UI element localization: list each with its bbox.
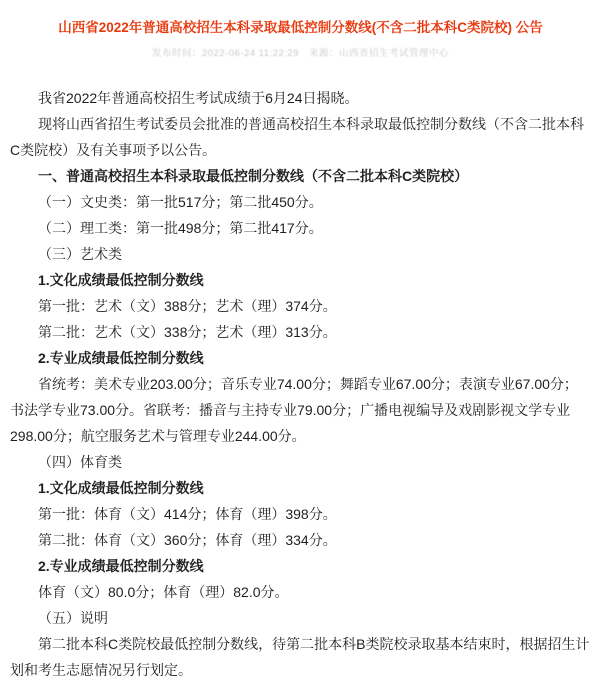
section-subheading: （四）体育类: [10, 449, 591, 475]
section-heading: 一、普通高校招生本科录取最低控制分数线（不含二批本科C类院校）: [10, 163, 591, 189]
score-line: （二）理工类：第一批498分；第二批417分。: [10, 215, 591, 241]
page-title: 山西省2022年普通高校招生本科录取最低控制分数线(不含二批本科C类院校) 公告: [28, 18, 573, 38]
section-heading: 1.文化成绩最低控制分数线: [10, 475, 591, 501]
score-line: 省统考：美术专业203.00分；音乐专业74.00分；舞蹈专业67.00分；表演…: [10, 371, 591, 449]
article-meta: 发布时间：2022-06-24 11:22:29 来源：山西省招生考试管理中心: [10, 48, 591, 60]
section-subheading: （五）说明: [10, 605, 591, 631]
score-line: 第一批：体育（文）414分；体育（理）398分。: [10, 501, 591, 527]
section-heading: 2.专业成绩最低控制分数线: [10, 553, 591, 579]
paragraph-intro: 我省2022年普通高校招生考试成绩于6月24日揭晓。: [10, 85, 591, 111]
article-page: 山西省2022年普通高校招生本科录取最低控制分数线(不含二批本科C类院校) 公告…: [0, 0, 600, 683]
section-heading: 2.专业成绩最低控制分数线: [10, 345, 591, 371]
section-subheading: （三）艺术类: [10, 241, 591, 267]
paragraph-note: 第二批本科C类院校最低控制分数线，待第二批本科B类院校录取基本结束时，根据招生计…: [10, 631, 591, 683]
score-line: 第一批：艺术（文）388分；艺术（理）374分。: [10, 293, 591, 319]
score-line: 第二批：体育（文）360分；体育（理）334分。: [10, 527, 591, 553]
score-line: （一）文史类：第一批517分；第二批450分。: [10, 189, 591, 215]
paragraph-intro: 现将山西省招生考试委员会批准的普通高校招生本科录取最低控制分数线（不含二批本科C…: [10, 111, 591, 163]
score-line: 体育（文）80.0分；体育（理）82.0分。: [10, 579, 591, 605]
section-heading: 1.文化成绩最低控制分数线: [10, 267, 591, 293]
article-body: 我省2022年普通高校招生考试成绩于6月24日揭晓。 现将山西省招生考试委员会批…: [10, 85, 591, 683]
score-line: 第二批：艺术（文）338分；艺术（理）313分。: [10, 319, 591, 345]
